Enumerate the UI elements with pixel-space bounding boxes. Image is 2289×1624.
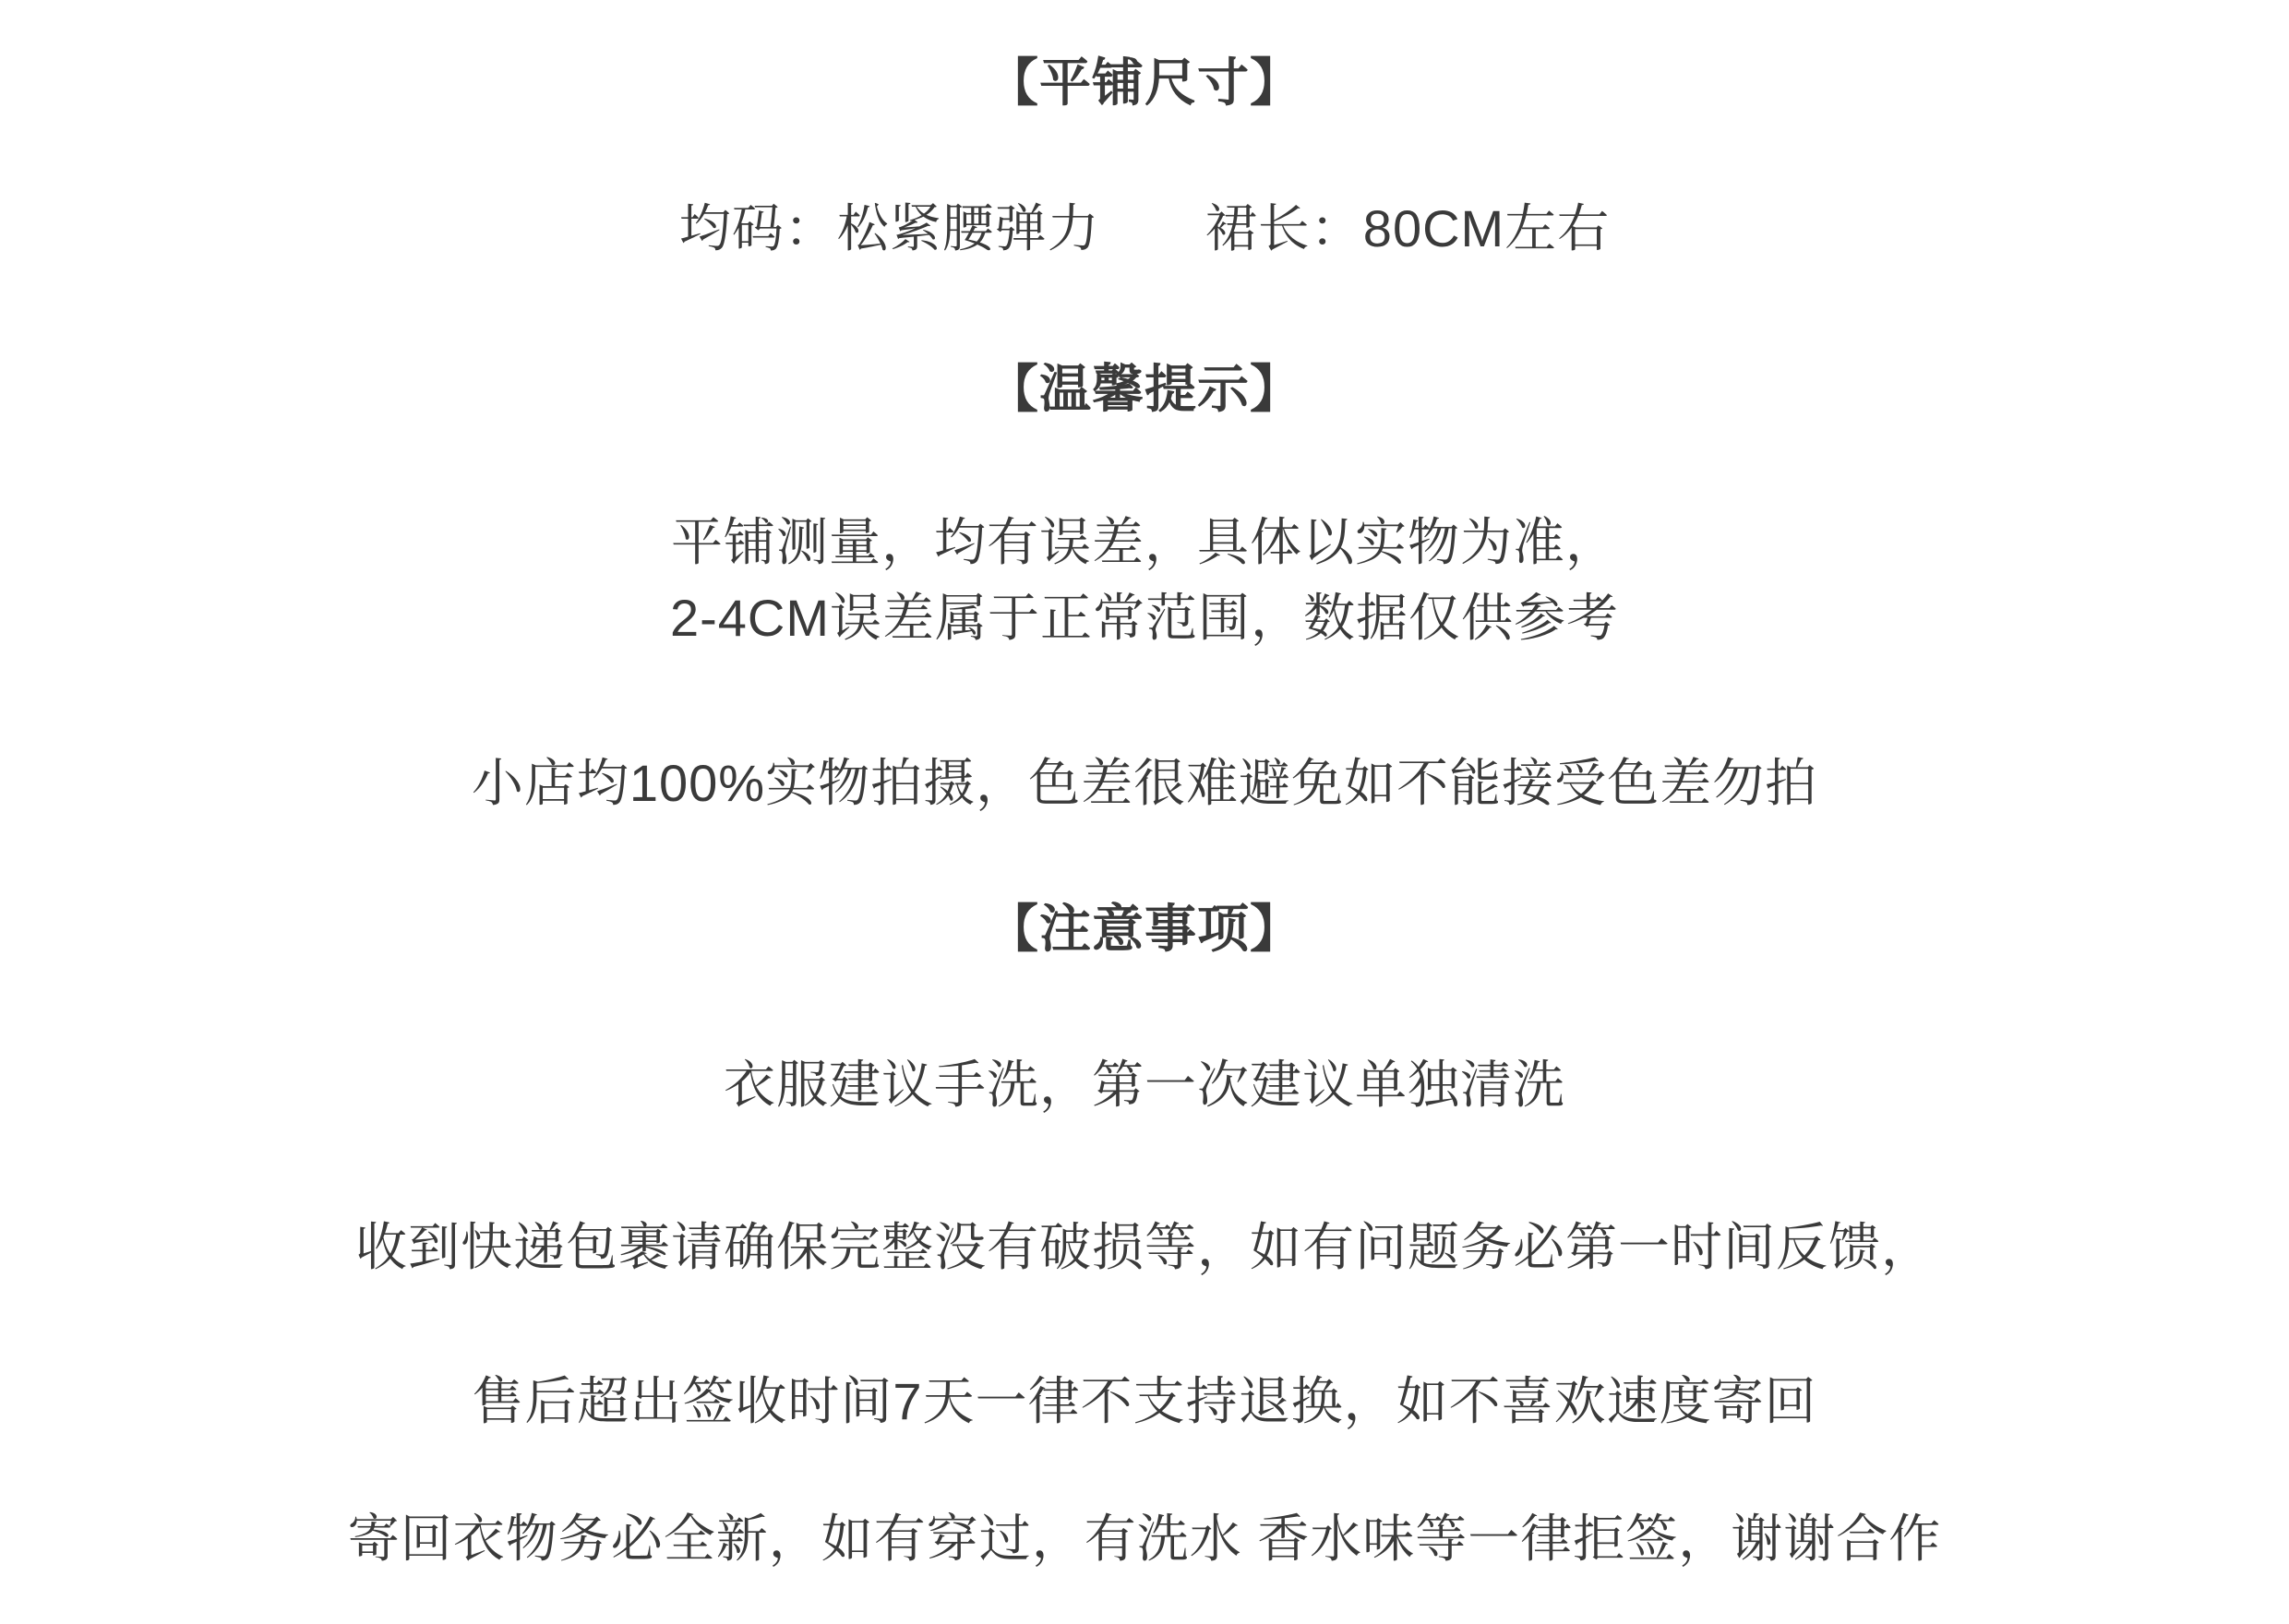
notes-line-return-condition: 寄回衣物务必全新，如有穿过，有洗水 香水味等一律拒签，谢谢合作 <box>0 1501 2289 1577</box>
product-description-page: 【平铺尺寸】 均码：松紧腰弹力 裙长：80CM左右 【温馨提示】 平铺测量，均有… <box>0 0 2289 1624</box>
notes-line-package-check: 收到快递包裹请确保完整没有破损等，如有问题务必第一时间反馈， <box>0 1210 2289 1285</box>
size-spec-line: 均码：松紧腰弹力 裙长：80CM左右 <box>0 191 2289 267</box>
section-title-notes: 【注意事项】 <box>0 891 2289 967</box>
section-title-size-info: 【平铺尺寸】 <box>0 45 2289 121</box>
tips-line-tolerance: 2-4CM误差属于正常范围，数据仅供参考 <box>0 580 2289 656</box>
notes-line-washing: 衣服建议手洗，第一次建议单独清洗 <box>0 1047 2289 1123</box>
tips-line-measurement: 平铺测量，均有误差，具体以实物为准， <box>0 505 2289 580</box>
tips-line-color-difference: 小店均100%实物拍摄，色差很难避免如不能接受色差勿拍 <box>0 746 2289 821</box>
notes-line-return-policy: 售后超出签收时间7天一律不支持退换，如不喜欢速度寄回 <box>0 1364 2289 1439</box>
section-title-warm-tips: 【温馨提示】 <box>0 352 2289 427</box>
